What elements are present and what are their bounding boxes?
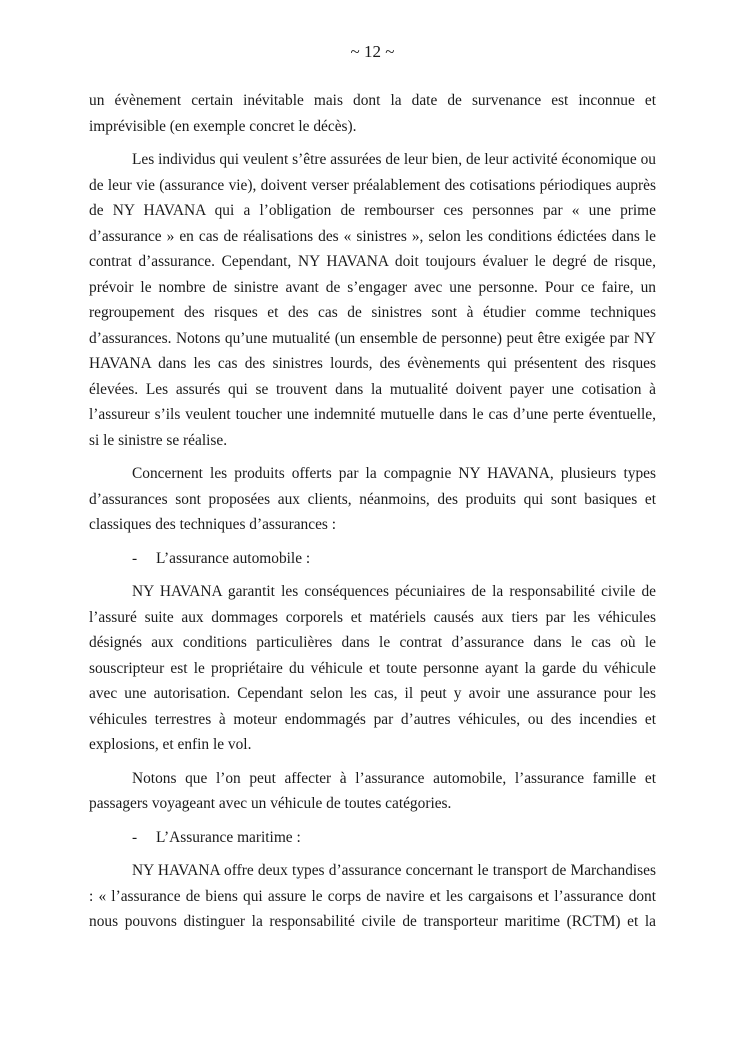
bullet-label: L’Assurance maritime : [156,825,301,851]
bullet-maritime-insurance: - L’Assurance maritime : [89,825,656,851]
bullet-label: L’assurance automobile : [156,546,310,572]
paragraph-auto-insurance: NY HAVANA garantit les conséquences pécu… [89,579,656,758]
bullet-auto-insurance: - L’assurance automobile : [89,546,656,572]
paragraph-auto-family: Notons que l’on peut affecter à l’assura… [89,766,656,817]
paragraph-maritime-insurance: NY HAVANA offre deux types d’assurance c… [89,858,656,935]
page-number: ~ 12 ~ [0,42,745,62]
bullet-marker: - [132,825,156,851]
paragraph-products-offered: Concernent les produits offerts par la c… [89,461,656,538]
bullet-marker: - [132,546,156,572]
document-body: un évènement certain inévitable mais don… [89,88,656,943]
paragraph-insured-individuals: Les individus qui veulent s’être assurée… [89,147,656,453]
paragraph-intro-continuation: un évènement certain inévitable mais don… [89,88,656,139]
